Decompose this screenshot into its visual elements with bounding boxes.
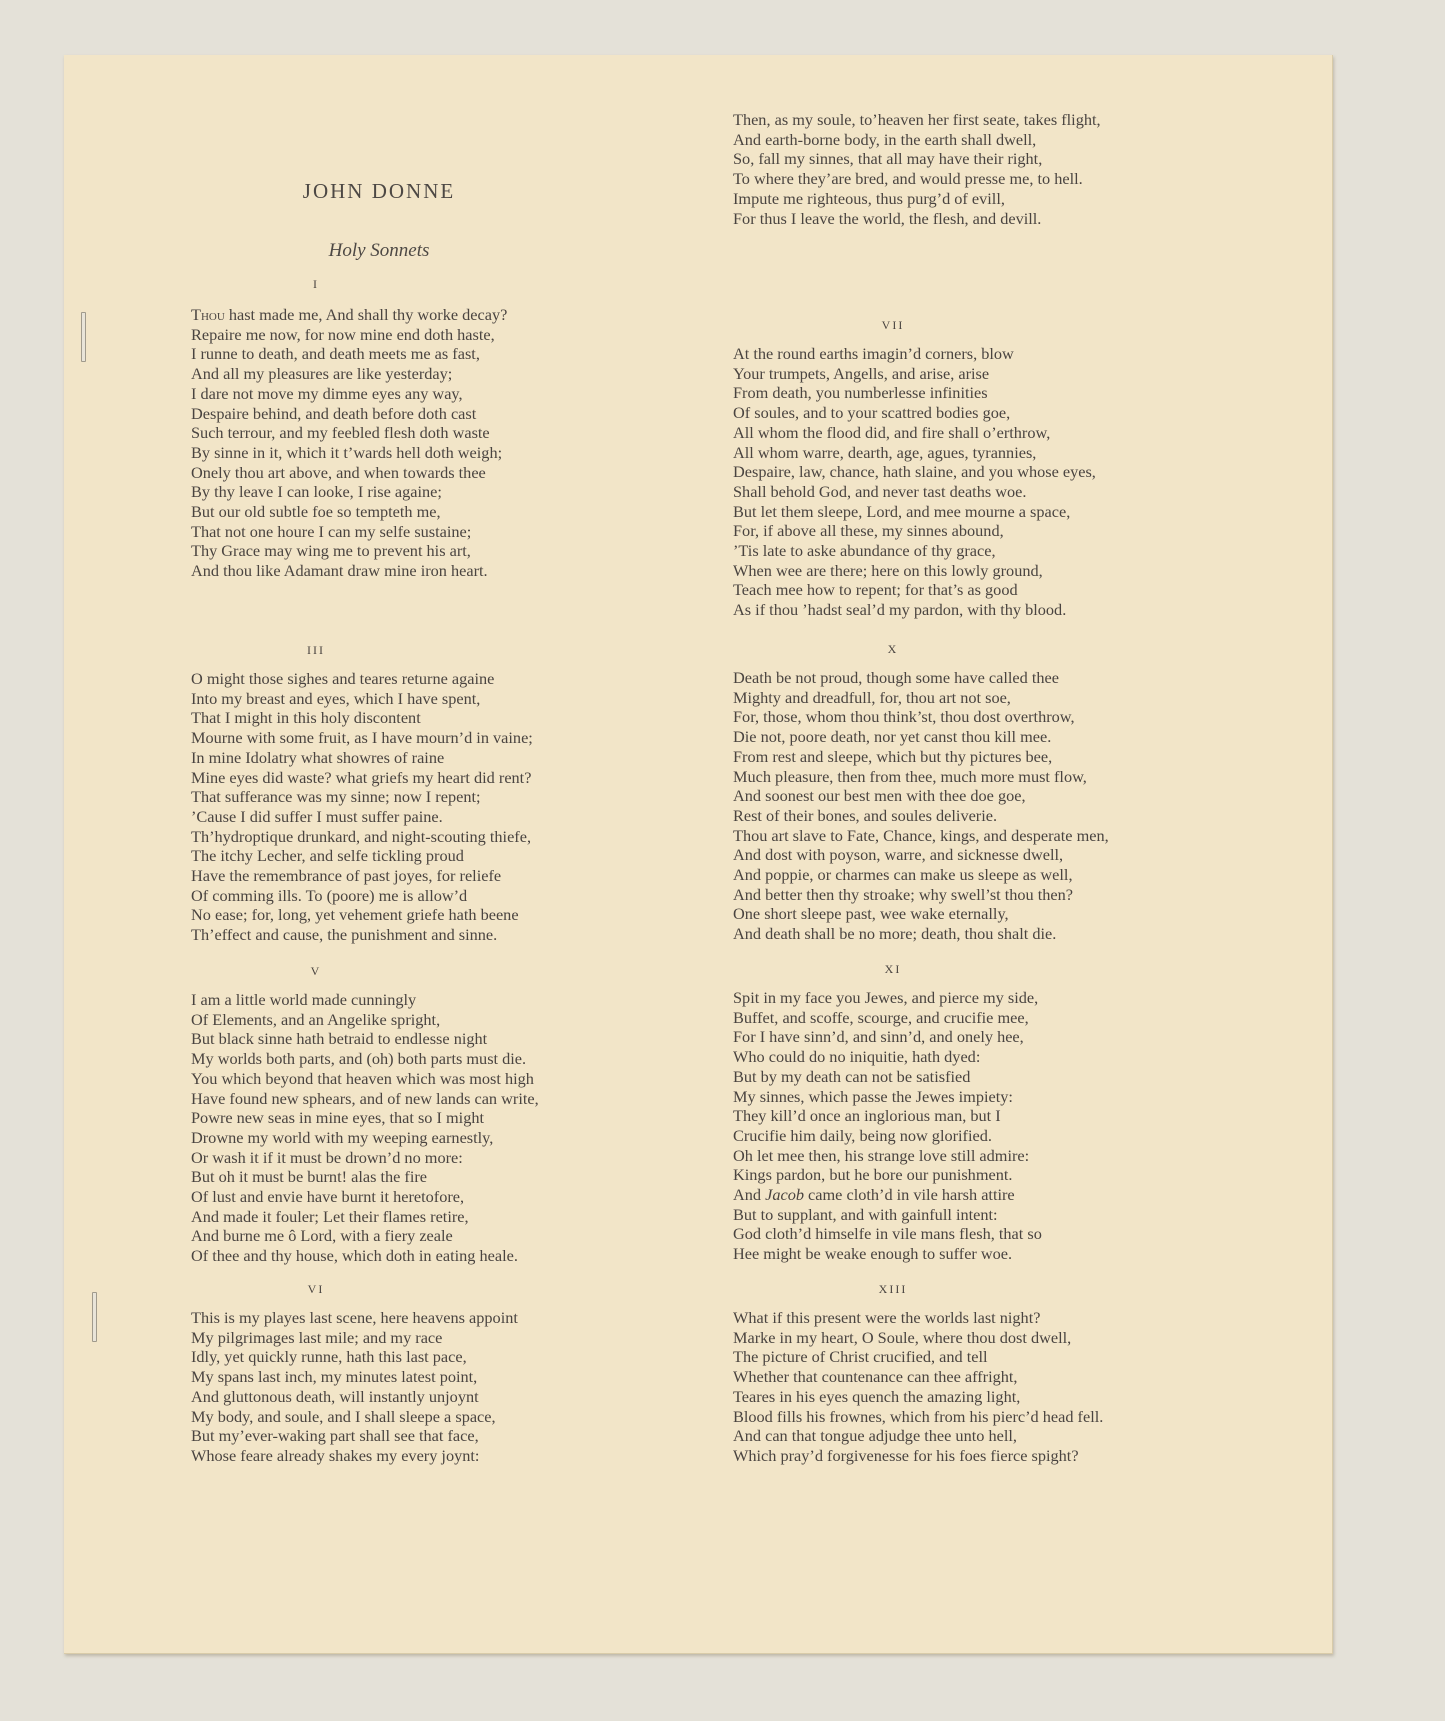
poem-line: Into my breast and eyes, which I have sp…: [191, 689, 571, 709]
poem-line: When wee are there; here on this lowly g…: [733, 561, 1163, 581]
poem-line: Despaire, law, chance, hath slaine, and …: [733, 462, 1163, 482]
poem-line: Spit in my face you Jewes, and pierce my…: [733, 988, 1163, 1008]
poem-line: So, fall my sinnes, that all may have th…: [733, 149, 1163, 169]
poem-line: Thou hast made me, And shall thy worke d…: [191, 305, 571, 325]
poem-line: That not one houre I can my selfe sustai…: [191, 522, 571, 542]
italic-name: Jacob: [765, 1185, 804, 1204]
poem-line: Oh let mee then, his strange love still …: [733, 1146, 1163, 1166]
poem-line: My pilgrimages last mile; and my race: [191, 1328, 571, 1348]
poem-line: I runne to death, and death meets me as …: [191, 344, 571, 364]
poem-line: Mine eyes did waste? what griefs my hear…: [191, 768, 571, 788]
poem-line: That sufferance was my sinne; now I repe…: [191, 787, 571, 807]
poem-line: I dare not move my dimme eyes any way,: [191, 384, 571, 404]
poem-line: ’Cause I did suffer I must suffer paine.: [191, 807, 571, 827]
poem-line: But oh it must be burnt! alas the fire: [191, 1167, 571, 1187]
poem-line: O might those sighes and teares returne …: [191, 669, 571, 689]
poem-line: Thou art slave to Fate, Chance, kings, a…: [733, 826, 1163, 846]
poem-line: Of lust and envie have burnt it heretofo…: [191, 1187, 571, 1207]
poem-line: Whose feare already shakes my every joyn…: [191, 1446, 571, 1466]
poem-line: And dost with poyson, warre, and sicknes…: [733, 845, 1163, 865]
author-heading: JOHN DONNE: [244, 179, 514, 204]
sonnet-7: VII At the round earths imagin’d corners…: [733, 317, 1163, 620]
poem-line: But our old subtle foe so tempteth me,: [191, 502, 571, 522]
sonnet-numeral: XI: [733, 961, 1053, 977]
poem-line: For I have sinn’d, and sinn’d, and onely…: [733, 1027, 1163, 1047]
sonnet-5: V I am a little world made cunningly Of …: [191, 963, 571, 1266]
poem-line: They kill’d once an inglorious man, but …: [733, 1106, 1163, 1126]
poem-line: God cloth’d himselfe in vile mans flesh,…: [733, 1224, 1163, 1244]
poem-line: Which pray’d forgivenesse for his foes f…: [733, 1446, 1163, 1466]
poem-line: But by my death can not be satisfied: [733, 1067, 1163, 1087]
poem-line: Thy Grace may wing me to prevent his art…: [191, 541, 571, 561]
poem-line: But to supplant, and with gainfull inten…: [733, 1205, 1163, 1225]
poem-line: I am a little world made cunningly: [191, 990, 571, 1010]
poem-line: Idly, yet quickly runne, hath this last …: [191, 1347, 571, 1367]
poem-line: By sinne in it, which it t’wards hell do…: [191, 443, 571, 463]
poem-line: Teach mee how to repent; for that’s as g…: [733, 580, 1163, 600]
poem-line: Mighty and dreadfull, for, thou art not …: [733, 688, 1163, 708]
sonnet-6-continued: Then, as my soule, to’heaven her first s…: [733, 110, 1163, 228]
sonnet-numeral: X: [733, 641, 1053, 657]
poem-line: Onely thou art above, and when towards t…: [191, 463, 571, 483]
poem-line: My worlds both parts, and (oh) both part…: [191, 1049, 571, 1069]
poem-line: Teares in his eyes quench the amazing li…: [733, 1387, 1163, 1407]
poem-line: You which beyond that heaven which was m…: [191, 1069, 571, 1089]
poem-line: And can that tongue adjudge thee unto he…: [733, 1426, 1163, 1446]
poem-line: From death, you numberlesse infinities: [733, 383, 1163, 403]
poem-line: My sinnes, which passe the Jewes impiety…: [733, 1087, 1163, 1107]
sonnet-numeral: XIII: [733, 1281, 1053, 1297]
poem-line: Have found new sphears, and of new lands…: [191, 1089, 571, 1109]
poem-line: All whom warre, dearth, age, agues, tyra…: [733, 443, 1163, 463]
poem-line: And death shall be no more; death, thou …: [733, 924, 1163, 944]
poem-line: Have the remembrance of past joyes, for …: [191, 866, 571, 886]
poem-line: And poppie, or charmes can make us sleep…: [733, 865, 1163, 885]
poem-line: Of soules, and to your scattred bodies g…: [733, 403, 1163, 423]
poem-line: Impute me righteous, thus purg’d of evil…: [733, 189, 1163, 209]
poem-line: Or wash it if it must be drown’d no more…: [191, 1148, 571, 1168]
poem-line: At the round earths imagin’d corners, bl…: [733, 344, 1163, 364]
binding-staple-top: [81, 312, 86, 362]
poem-line: And better then thy stroake; why swell’s…: [733, 885, 1163, 905]
binding-staple-bottom: [92, 1292, 97, 1342]
poem-line: Such terrour, and my feebled flesh doth …: [191, 423, 571, 443]
sonnet-numeral: V: [191, 963, 441, 979]
poem-line: Crucifie him daily, being now glorified.: [733, 1126, 1163, 1146]
poem-line: Whether that countenance can thee affrig…: [733, 1367, 1163, 1387]
poem-line: Buffet, and scoffe, scourge, and crucifi…: [733, 1008, 1163, 1028]
poem-line-text: hast made me, And shall thy worke decay?: [225, 305, 508, 324]
poem-line: Kings pardon, but he bore our punishment…: [733, 1165, 1163, 1185]
poem-line: For, if above all these, my sinnes aboun…: [733, 521, 1163, 541]
poem-line: All whom the flood did, and fire shall o…: [733, 423, 1163, 443]
poem-line: This is my playes last scene, here heave…: [191, 1308, 571, 1328]
poem-line: And all my pleasures are like yesterday;: [191, 364, 571, 384]
poem-line: In mine Idolatry what showres of raine: [191, 748, 571, 768]
poem-line: And earth-borne body, in the earth shall…: [733, 130, 1163, 150]
poem-line: From rest and sleepe, which but thy pict…: [733, 747, 1163, 767]
poem-line: My spans last inch, my minutes latest po…: [191, 1367, 571, 1387]
poem-line: Despaire behind, and death before doth c…: [191, 404, 571, 424]
poem-line: And gluttonous death, will instantly unj…: [191, 1387, 571, 1407]
poem-line: Of comming ills. To (poore) me is allow’…: [191, 886, 571, 906]
poem-line: Repaire me now, for now mine end doth ha…: [191, 325, 571, 345]
sonnet-numeral: III: [191, 642, 441, 658]
sonnet-numeral: VII: [733, 317, 1053, 333]
poem-line: But let them sleepe, Lord, and mee mourn…: [733, 502, 1163, 522]
poem-line: Rest of their bones, and soules deliveri…: [733, 806, 1163, 826]
sonnet-13: XIII What if this present were the world…: [733, 1281, 1163, 1466]
drop-word: Thou: [191, 305, 225, 324]
poem-line-text: came cloth’d in vile harsh attire: [804, 1185, 1015, 1204]
poem-line: Shall behold God, and never tast deaths …: [733, 482, 1163, 502]
work-title: Holy Sonnets: [244, 240, 514, 262]
poem-line: Th’effect and cause, the punishment and …: [191, 925, 571, 945]
poem-line: No ease; for, long, yet vehement griefe …: [191, 905, 571, 925]
poem-line: And Jacob came cloth’d in vile harsh att…: [733, 1185, 1163, 1205]
poem-line: Your trumpets, Angells, and arise, arise: [733, 364, 1163, 384]
sonnet-numeral: VI: [191, 1281, 441, 1297]
document-page: JOHN DONNE Holy Sonnets I Thou hast made…: [64, 55, 1333, 1654]
poem-line: ’Tis late to aske abundance of thy grace…: [733, 541, 1163, 561]
poem-line: Th’hydroptique drunkard, and night-scout…: [191, 827, 571, 847]
sonnet-10: X Death be not proud, though some have c…: [733, 641, 1163, 944]
poem-line: Hee might be weake enough to suffer woe.: [733, 1244, 1163, 1264]
sonnet-numeral: I: [191, 276, 441, 292]
poem-line: To where they’are bred, and would presse…: [733, 169, 1163, 189]
poem-line: For thus I leave the world, the flesh, a…: [733, 209, 1163, 229]
sonnet-3: III O might those sighes and teares retu…: [191, 642, 571, 945]
sonnet-6: VI This is my playes last scene, here he…: [191, 1281, 571, 1466]
poem-line: Death be not proud, though some have cal…: [733, 668, 1163, 688]
poem-line: And thou like Adamant draw mine iron hea…: [191, 561, 571, 581]
poem-line: Drowne my world with my weeping earnestl…: [191, 1128, 571, 1148]
poem-line: Blood fills his frownes, which from his …: [733, 1407, 1163, 1427]
poem-line: Of Elements, and an Angelike spright,: [191, 1010, 571, 1030]
poem-line: One short sleepe past, wee wake eternall…: [733, 904, 1163, 924]
poem-line: Mourne with some fruit, as I have mourn’…: [191, 728, 571, 748]
poem-line: And burne me ô Lord, with a fiery zeale: [191, 1226, 571, 1246]
sonnet-1: I Thou hast made me, And shall thy worke…: [191, 276, 571, 581]
poem-line: Who could do no iniquitie, hath dyed:: [733, 1047, 1163, 1067]
poem-line: My body, and soule, and I shall sleepe a…: [191, 1407, 571, 1427]
poem-line: What if this present were the worlds las…: [733, 1308, 1163, 1328]
poem-line: Then, as my soule, to’heaven her first s…: [733, 110, 1163, 130]
poem-line: Marke in my heart, O Soule, where thou d…: [733, 1328, 1163, 1348]
poem-line: For, those, whom thou think’st, thou dos…: [733, 707, 1163, 727]
poem-line: Powre new seas in mine eyes, that so I m…: [191, 1108, 571, 1128]
sonnet-11: XI Spit in my face you Jewes, and pierce…: [733, 961, 1163, 1264]
poem-line: Of thee and thy house, which doth in eat…: [191, 1246, 571, 1266]
poem-line: As if thou ’hadst seal’d my pardon, with…: [733, 600, 1163, 620]
poem-line: The itchy Lecher, and selfe tickling pro…: [191, 846, 571, 866]
poem-line: The picture of Christ crucified, and tel…: [733, 1347, 1163, 1367]
poem-line: That I might in this holy discontent: [191, 708, 571, 728]
poem-line: And soonest our best men with thee doe g…: [733, 786, 1163, 806]
poem-line: But black sinne hath betraid to endlesse…: [191, 1029, 571, 1049]
poem-line: Much pleasure, then from thee, much more…: [733, 767, 1163, 787]
poem-line: Die not, poore death, nor yet canst thou…: [733, 727, 1163, 747]
poem-line: But my’ever-waking part shall see that f…: [191, 1426, 571, 1446]
poem-line: And made it fouler; Let their flames ret…: [191, 1207, 571, 1227]
poem-line: By thy leave I can looke, I rise againe;: [191, 482, 571, 502]
poem-line-text: And: [733, 1185, 765, 1204]
